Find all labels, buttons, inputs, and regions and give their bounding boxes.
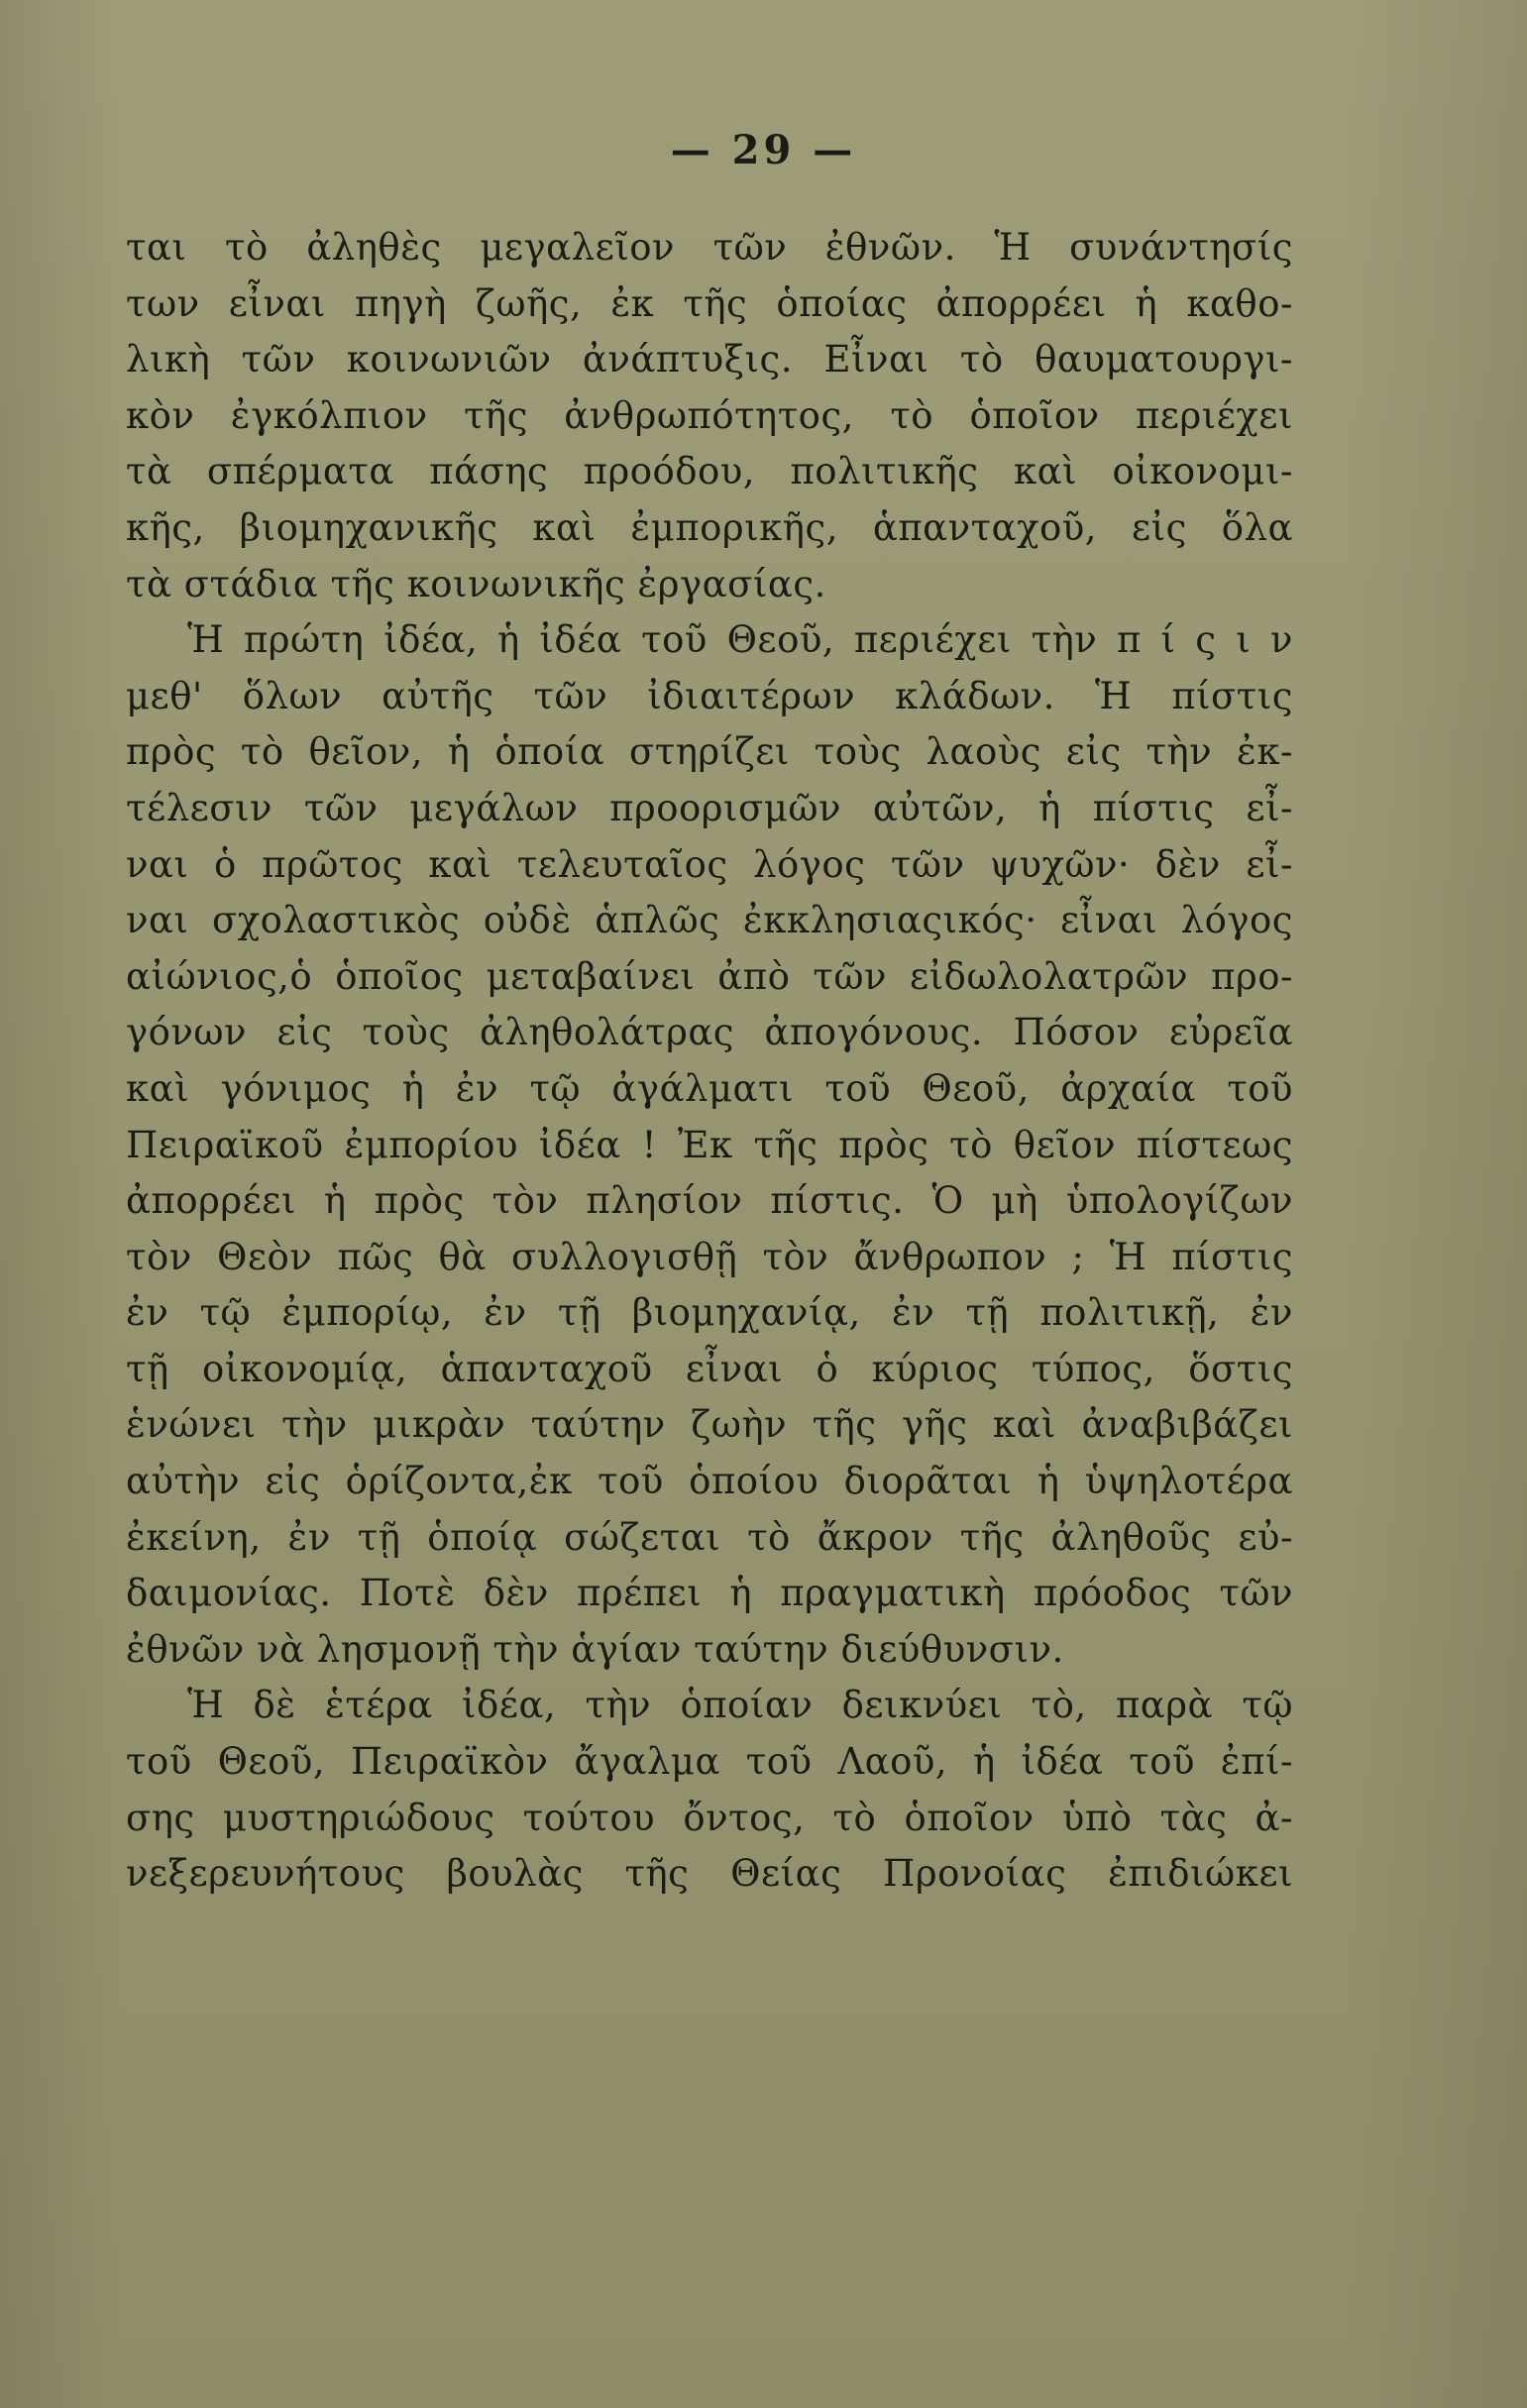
scanned-book-page: — 29 — ται τὸ ἀληθὲς μεγαλεῖον τῶν ἐθνῶν… [0, 0, 1527, 2408]
body-text: ται τὸ ἀληθὲς μεγαλεῖον τῶν ἐθνῶν. Ἡ συν… [126, 220, 1293, 1903]
text-line: τὰ σπέρματα πάσης προόδου, πολιτικῆς καὶ… [126, 444, 1293, 500]
text-line: λικὴ τῶν κοινωνιῶν ἀνάπτυξις. Εἶναι τὸ θ… [126, 332, 1293, 388]
text-line: τέλεσιν τῶν μεγάλων προορισμῶν αὐτῶν, ἡ … [126, 781, 1293, 837]
text-line: δαιμονίας. Ποτὲ δὲν πρέπει ἡ πραγματικὴ … [126, 1566, 1293, 1622]
text-line: ἐκείνη, ἐν τῇ ὁποίᾳ σώζεται τὸ ἄκρον τῆς… [126, 1510, 1293, 1567]
text-line: γόνων εἰς τοὺς ἀληθολάτρας ἀπογόνους. Πό… [126, 1005, 1293, 1061]
paragraph-end-line: ἐθνῶν νὰ λησμονῇ τὴν ἁγίαν ταύτην διεύθυ… [126, 1622, 1293, 1679]
text-line: κῆς, βιομηχανικῆς καὶ ἐμπορικῆς, ἁπανταχ… [126, 500, 1293, 557]
page-number: — 29 — [0, 127, 1527, 173]
paragraph-start-line: Ἡ δὲ ἑτέρα ἰδέα, τὴν ὁποίαν δεικνύει τὸ,… [126, 1678, 1293, 1734]
text-line: μεθ' ὅλων αὐτῆς τῶν ἰδιαιτέρων κλάδων. Ἡ… [126, 669, 1293, 725]
text-line: των εἶναι πηγὴ ζωῆς, ἐκ τῆς ὁποίας ἀπορρ… [126, 276, 1293, 333]
text-line: καὶ γόνιμος ἡ ἐν τῷ ἀγάλματι τοῦ Θεοῦ, ἀ… [126, 1061, 1293, 1118]
text-line: ἑνώνει τὴν μικρὰν ταύτην ζωὴν τῆς γῆς κα… [126, 1397, 1293, 1454]
text-line: ται τὸ ἀληθὲς μεγαλεῖον τῶν ἐθνῶν. Ἡ συν… [126, 220, 1293, 276]
paragraph-start-line: Ἡ πρώτη ἰδέα, ἡ ἰδέα τοῦ Θεοῦ, περιέχει … [126, 612, 1293, 669]
text-line: ναι ὁ πρῶτος καὶ τελευταῖος λόγος τῶν ψυ… [126, 837, 1293, 894]
text-line: ἀπορρέει ἡ πρὸς τὸν πλησίον πίστις. Ὁ μὴ… [126, 1173, 1293, 1230]
text-line: σης μυστηριώδους τούτου ὄντος, τὸ ὁποῖον… [126, 1791, 1293, 1847]
text-line: ναι σχολαστικὸς οὐδὲ ἁπλῶς ἐκκλησιαςικός… [126, 893, 1293, 949]
text-line: τοῦ Θεοῦ, Πειραϊκὸν ἄγαλμα τοῦ Λαοῦ, ἡ ἰ… [126, 1734, 1293, 1791]
text-line: ἐν τῷ ἐμπορίῳ, ἐν τῇ βιομηχανίᾳ, ἐν τῇ π… [126, 1285, 1293, 1342]
text-line: Πειραϊκοῦ ἐμπορίου ἰδέα ! Ἐκ τῆς πρὸς τὸ… [126, 1118, 1293, 1174]
text-line: αἰώνιος,ὁ ὁποῖος μεταβαίνει ἀπὸ τῶν εἰδω… [126, 949, 1293, 1006]
text-line: νεξερευνήτους βουλὰς τῆς Θείας Προνοίας … [126, 1846, 1293, 1903]
text-line: κὸν ἐγκόλπιον τῆς ἀνθρωπότητος, τὸ ὁποῖο… [126, 388, 1293, 445]
text-line: τὸν Θεὸν πῶς θὰ συλλογισθῇ τὸν ἄνθρωπον … [126, 1230, 1293, 1286]
text-line: αὐτὴν εἰς ὁρίζοντα,ἐκ τοῦ ὁποίου διορᾶτα… [126, 1454, 1293, 1510]
text-line: πρὸς τὸ θεῖον, ἡ ὁποία στηρίζει τοὺς λαο… [126, 724, 1293, 781]
text-line: τῇ οἰκονομίᾳ, ἁπανταχοῦ εἶναι ὁ κύριος τ… [126, 1342, 1293, 1398]
paragraph-end-line: τὰ στάδια τῆς κοινωνικῆς ἐργασίας. [126, 557, 1293, 613]
